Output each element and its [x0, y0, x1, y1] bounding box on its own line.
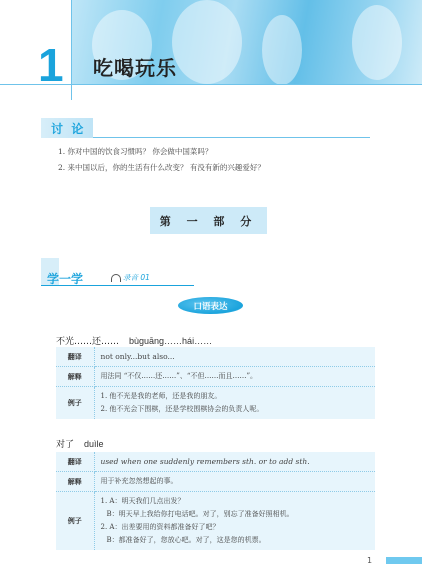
discussion-question: 1. 你对中国的饮食习惯吗？ 你会做中国菜吗？ [58, 144, 265, 160]
row-label: 解释 [56, 367, 94, 387]
page-number: 1 [367, 556, 372, 565]
learn-heading: 学一学 录音 01 [41, 258, 194, 286]
example-line: B：都准备好了，您放心吧。对了，这是您的机票。 [101, 534, 370, 547]
entry-term: 对了 [56, 440, 74, 450]
example-line: 2. A：出差要用的资料都准备好了吧？ [101, 521, 370, 534]
headphone-icon [111, 274, 121, 282]
gloss-row-translation: 翻译 not only...but also... [56, 347, 375, 367]
example-line: 2. 他不光会下围棋，还是学校围棋协会的负责人呢。 [101, 403, 370, 416]
gloss-row-examples: 例子 1. A：明天我们几点出发？ B：明天早上我给你打电话吧。对了，别忘了准备… [56, 492, 375, 551]
example-line: 1. A：明天我们几点出发？ [101, 495, 370, 508]
gloss-table: 翻译 used when one suddenly remembers sth.… [56, 452, 375, 550]
entry-pinyin: bùguāng……hái…… [129, 336, 212, 346]
chapter-title: 吃喝玩乐 [93, 52, 177, 81]
gloss-table: 翻译 not only...but also... 解释 用法同 “不仅……还…… [56, 347, 375, 419]
gloss-row-explanation: 解释 用于补充忽然想起的事。 [56, 472, 375, 492]
audio-track-link[interactable]: 录音 01 [111, 272, 150, 283]
banner-figure [262, 15, 302, 84]
translation-text: not only...but also... [94, 347, 375, 367]
discussion-rule [93, 137, 370, 138]
entry-heading: 不光……还……bùguāng……hái…… [56, 334, 212, 347]
banner-figure [352, 5, 402, 80]
discussion-questions: 1. 你对中国的饮食习惯吗？ 你会做中国菜吗？ 2. 来中国以后，你的生活有什么… [58, 144, 265, 176]
examples-text: 1. 他不光是我的老师，还是我的朋友。 2. 他不光会下围棋，还是学校围棋协会的… [94, 387, 375, 420]
example-line: B：明天早上我给你打电话吧。对了，别忘了准备好照相机。 [101, 508, 370, 521]
discussion-heading: 讨 论 [41, 118, 370, 138]
examples-text: 1. A：明天我们几点出发？ B：明天早上我给你打电话吧。对了，别忘了准备好照相… [94, 492, 375, 551]
row-label: 例子 [56, 492, 94, 551]
discussion-question: 2. 来中国以后，你的生活有什么改变？ 有没有新的兴趣爱好？ [58, 160, 265, 176]
gloss-row-examples: 例子 1. 他不光是我的老师，还是我的朋友。 2. 他不光会下围棋，还是学校围棋… [56, 387, 375, 420]
entry-pinyin: duìle [84, 439, 104, 449]
example-line: 1. 他不光是我的老师，还是我的朋友。 [101, 390, 370, 403]
part-label: 第 一 部 分 [150, 207, 267, 234]
chapter-number: 1 [38, 42, 64, 88]
row-label: 解释 [56, 472, 94, 492]
explanation-text: 用于补充忽然想起的事。 [94, 472, 375, 492]
discussion-title: 讨 论 [41, 118, 93, 138]
banner-figure [172, 0, 242, 84]
row-label: 翻译 [56, 347, 94, 367]
section-pill-oral-expressions: 口语表达 [178, 297, 243, 314]
gloss-row-explanation: 解释 用法同 “不仅……还……”、“不但……而且……”。 [56, 367, 375, 387]
page-tab-decoration [386, 557, 422, 564]
translation-text: used when one suddenly remembers sth. or… [94, 452, 375, 472]
gloss-row-translation: 翻译 used when one suddenly remembers sth.… [56, 452, 375, 472]
row-label: 翻译 [56, 452, 94, 472]
explanation-text: 用法同 “不仅……还……”、“不但……而且……”。 [94, 367, 375, 387]
learn-rule [41, 285, 194, 286]
header-divider-vertical [71, 0, 72, 100]
audio-track-label: 录音 01 [123, 272, 150, 283]
row-label: 例子 [56, 387, 94, 420]
entry-term: 不光……还…… [56, 337, 119, 347]
entry-heading: 对了duìle [56, 437, 104, 450]
